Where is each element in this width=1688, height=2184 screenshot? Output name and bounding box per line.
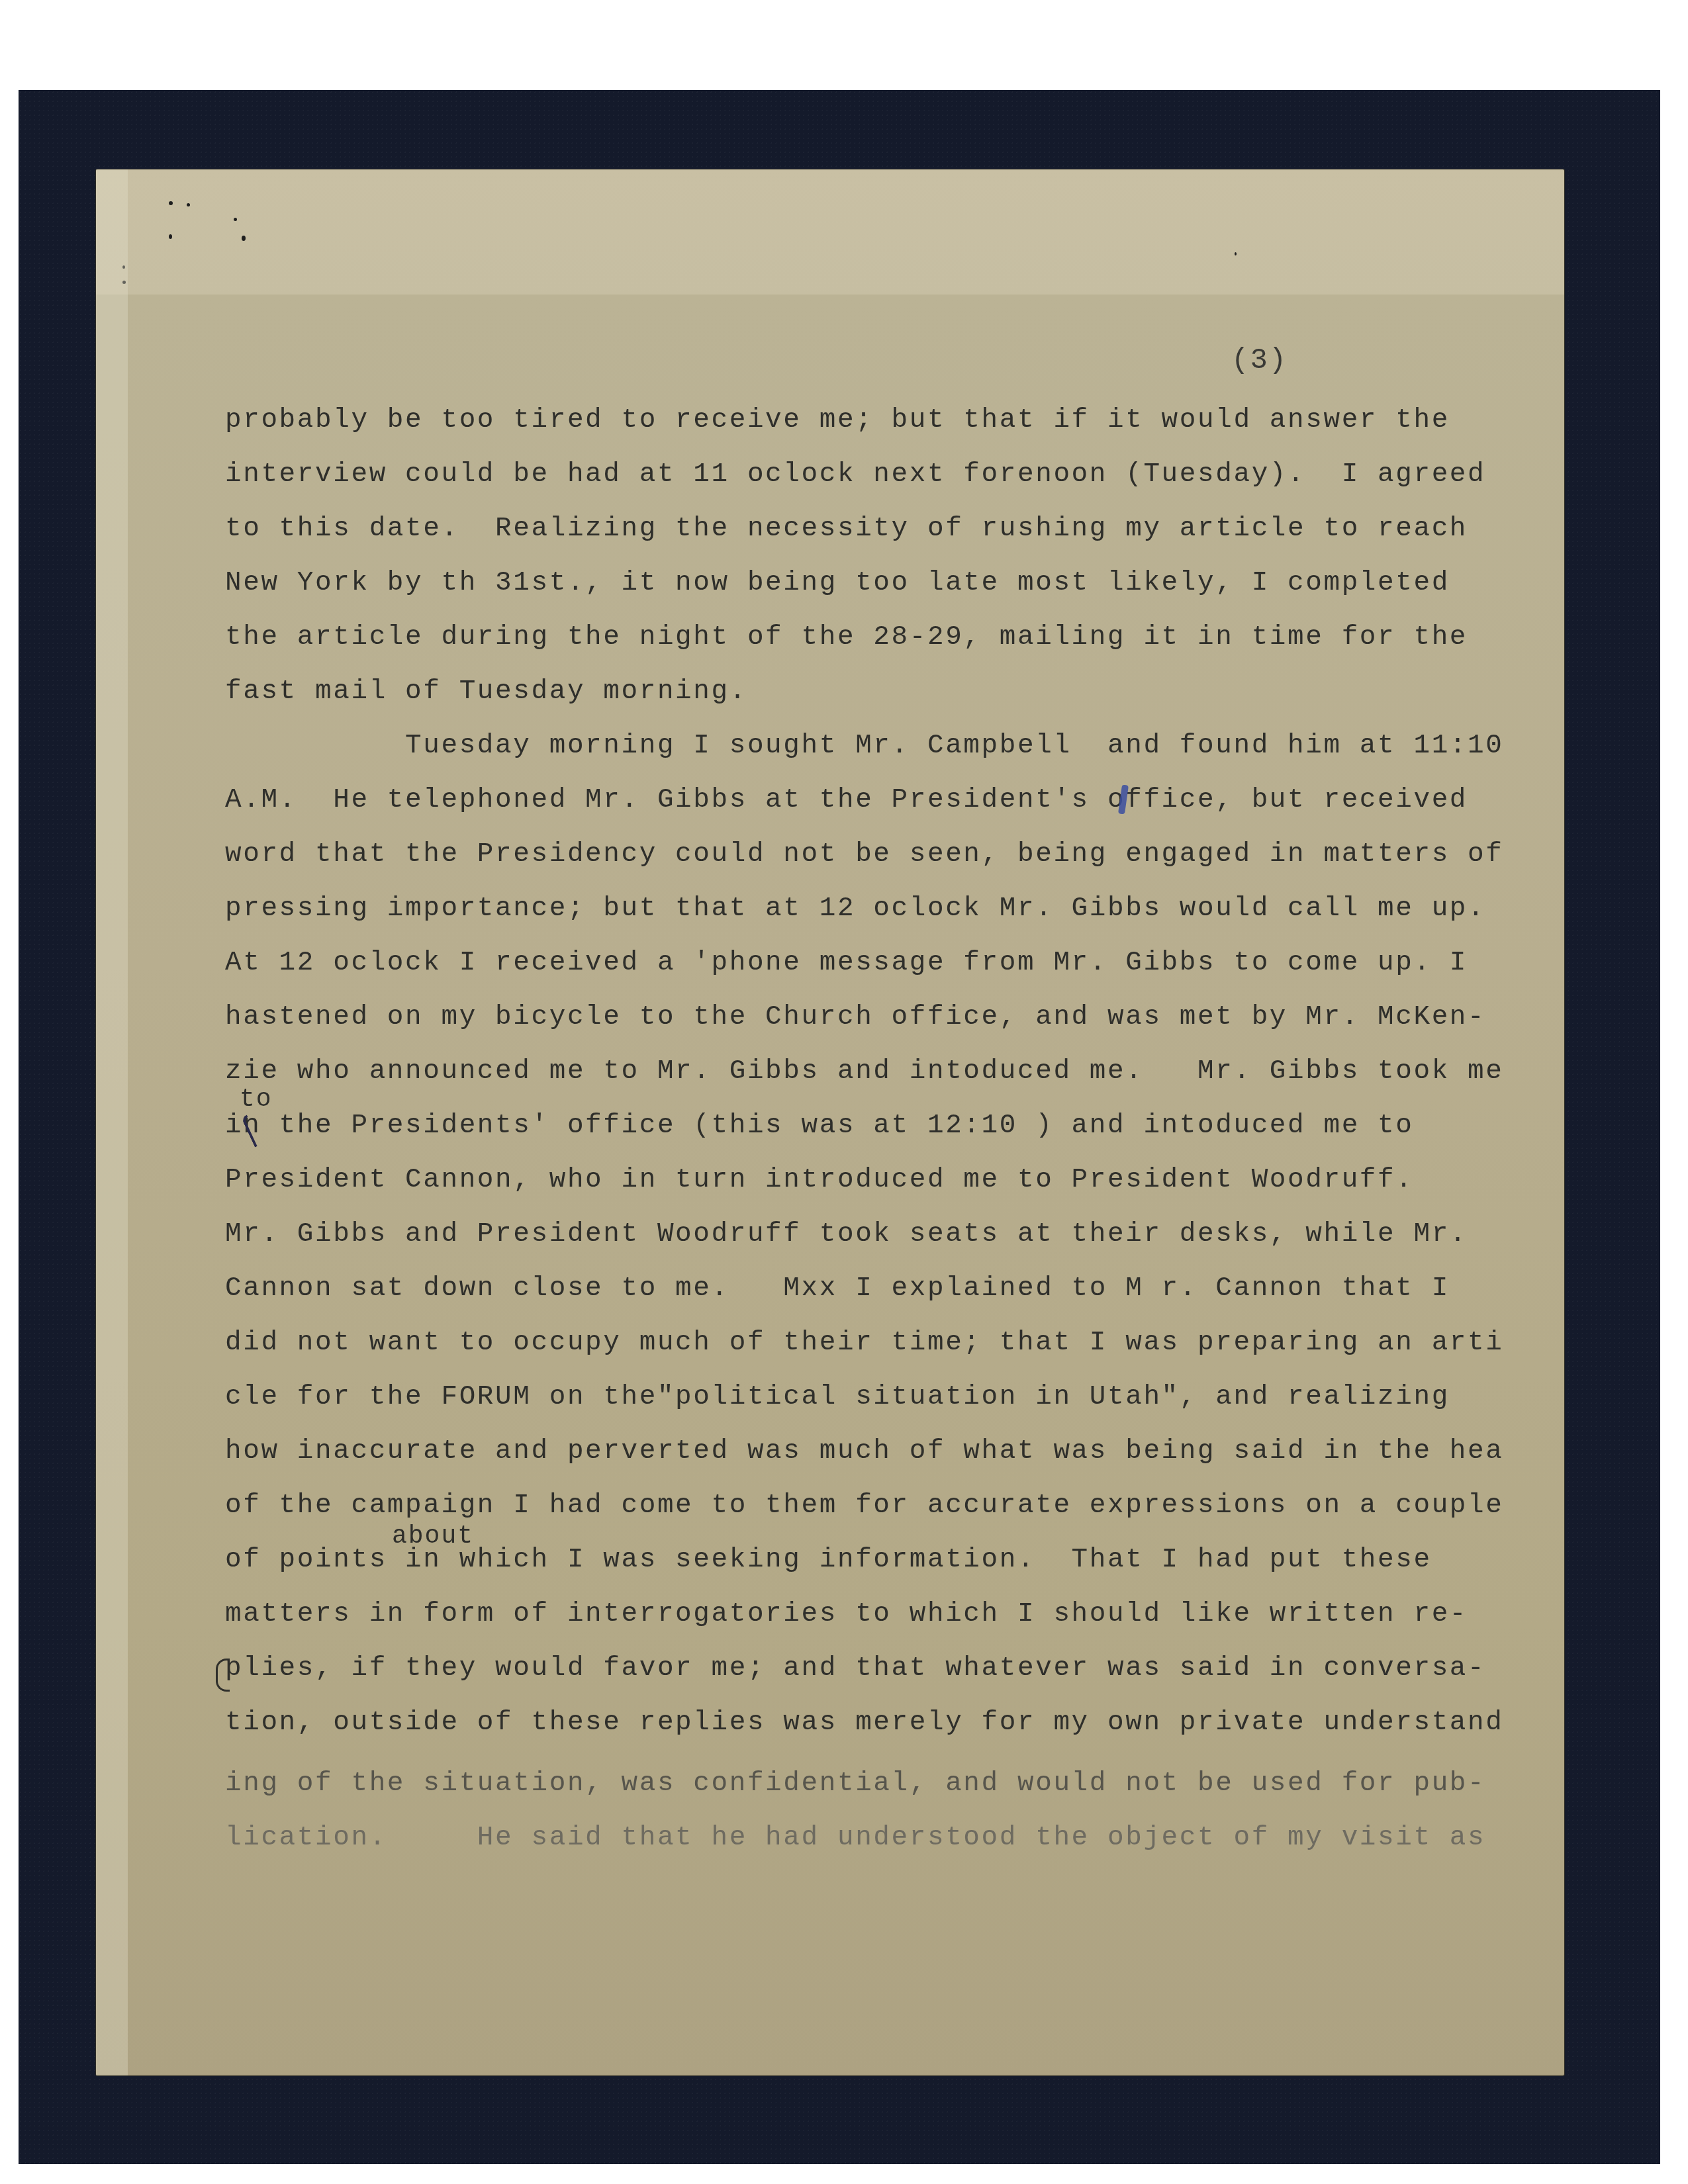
text-line: pressing importance; but that at 12 oclo… [225, 893, 1485, 924]
text-line: the article during the night of the 28-2… [225, 622, 1468, 653]
text-line: matters in form of interrogatories to wh… [225, 1599, 1468, 1629]
text-line: plies, if they would favor me; and that … [225, 1653, 1485, 1684]
paragraph-margin-mark-icon [216, 1659, 230, 1692]
text-line: A.M. He telephoned Mr. Gibbs at the Pres… [225, 785, 1468, 815]
specks [169, 201, 173, 205]
text-line: probably be too tired to receive me; but… [225, 405, 1450, 435]
text-line: of the campaign I had come to them for a… [225, 1490, 1503, 1521]
text-line: ing of the situation, was confidential, … [225, 1768, 1485, 1799]
inserted-word-about: about [392, 1522, 474, 1551]
text-line: New York by th 31st., it now being too l… [225, 568, 1450, 598]
specks [122, 281, 126, 284]
text-line: cle for the FORUM on the"political situa… [225, 1382, 1450, 1412]
text-line: Cannon sat down close to me. Mxx I expla… [225, 1273, 1450, 1304]
text-line: hastened on my bicycle to the Church off… [225, 1002, 1485, 1032]
text-line: interview could be had at 11 oclock next… [225, 459, 1485, 490]
text-line: did not want to occupy much of their tim… [225, 1328, 1503, 1358]
text-line: lication. He said that he had understood… [225, 1823, 1485, 1853]
text-line: fast mail of Tuesday morning. [225, 676, 747, 707]
text-line: Mr. Gibbs and President Woodruff took se… [225, 1219, 1468, 1250]
text-line: At 12 oclock I received a 'phone message… [225, 948, 1468, 978]
text-line: how inaccurate and perverted was much of… [225, 1436, 1503, 1467]
specks [122, 265, 125, 269]
text-line: to this date. Realizing the necessity of… [225, 514, 1468, 544]
text-line: President Cannon, who in turn introduced… [225, 1165, 1413, 1195]
text-line: Tuesday morning I sought Mr. Campbell an… [225, 731, 1503, 761]
specks [169, 234, 172, 239]
text-line: word that the Presidency could not be se… [225, 839, 1503, 870]
inserted-word-to: to [240, 1085, 273, 1114]
page-number: (3) [1231, 344, 1288, 377]
specks [187, 203, 190, 206]
text-line: zie who announced me to Mr. Gibbs and in… [225, 1056, 1503, 1087]
text-line: in the Presidents' office (this was at 1… [225, 1111, 1413, 1141]
specks [242, 236, 246, 241]
specks [234, 218, 237, 221]
text-line: tion, outside of these replies was merel… [225, 1707, 1503, 1738]
specks [1235, 252, 1237, 255]
